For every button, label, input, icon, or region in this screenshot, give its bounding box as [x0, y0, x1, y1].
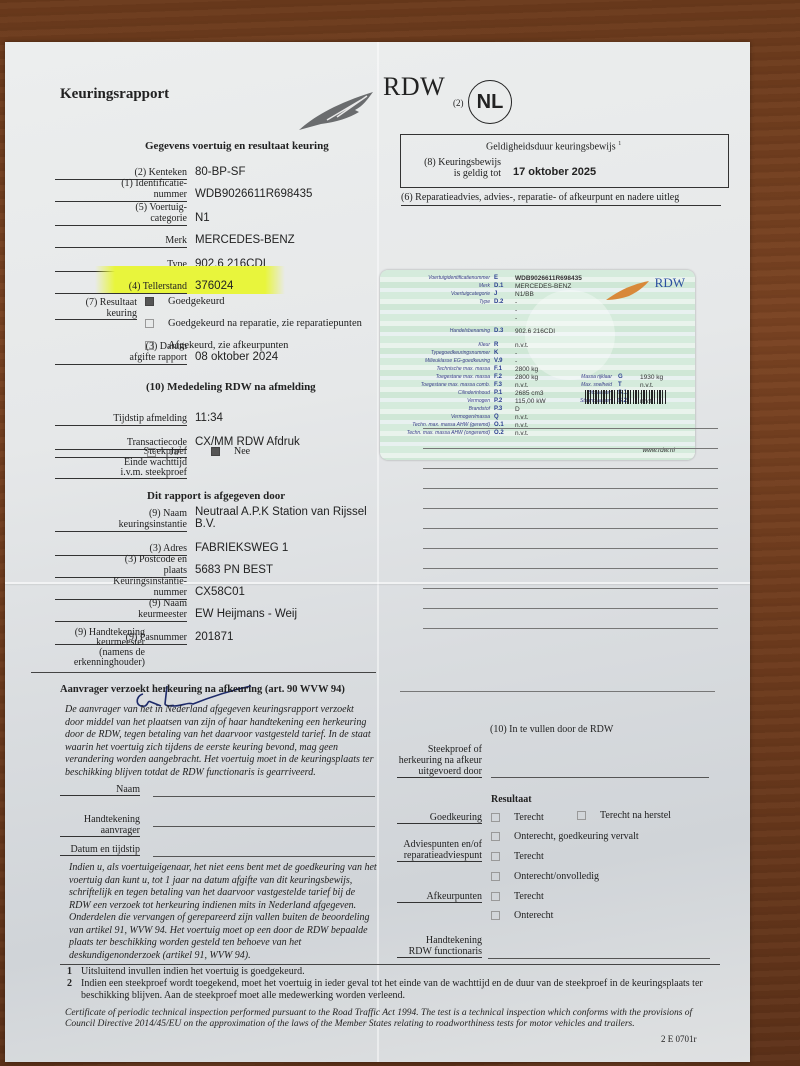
card-code: D.1	[494, 283, 503, 289]
card-label: Toegestane max. massa comb.	[380, 382, 490, 388]
request-field-input[interactable]	[153, 826, 375, 827]
card-code: P.2	[494, 398, 502, 404]
divider	[31, 672, 376, 673]
card-code: K	[494, 350, 498, 356]
card-value: MERCEDES-BENZ	[515, 283, 571, 290]
goedkeuring-label: Goedkeuring	[397, 812, 482, 824]
card-value: -	[515, 350, 517, 357]
result-label: (7) Resultaat keuring	[55, 297, 137, 320]
card-code: F.2	[494, 374, 502, 380]
card-value: -	[515, 315, 517, 322]
divider	[60, 964, 720, 965]
card-label: Type	[380, 299, 490, 305]
vehicle-section-heading: Gegevens voertuig en resultaat keuring	[145, 140, 329, 152]
field-label: (4) Tellerstand	[55, 281, 187, 294]
remarks-line[interactable]	[400, 691, 715, 692]
card-label: Kleur	[380, 342, 490, 348]
remarks-line[interactable]	[423, 448, 718, 449]
remarks-line[interactable]	[423, 628, 718, 629]
card-watermark	[525, 290, 615, 380]
card-code: R	[494, 342, 498, 348]
checkbox[interactable]	[491, 872, 500, 881]
card-label: Technische max. massa	[380, 366, 490, 372]
issuer-heading: Dit rapport is afgegeven door	[147, 490, 285, 502]
card-label: Vermogen	[380, 398, 490, 404]
card-code: D.3	[494, 328, 503, 334]
remarks-line[interactable]	[423, 428, 718, 429]
rdw-notice-heading: (10) Mededeling RDW na afmelding	[146, 381, 316, 393]
checkbox[interactable]	[491, 852, 500, 861]
card-code: J	[494, 291, 497, 297]
card-code: T	[618, 382, 622, 388]
remarks-line[interactable]	[423, 608, 718, 609]
goedkeuring-option[interactable]: Onterecht, goedkeuring vervalt	[491, 831, 639, 842]
footnote-2: 2Indien een steekproef wordt toegekend, …	[67, 978, 707, 1002]
repair-advice-heading: (6) Reparatieadvies, advies-, reparatie-…	[401, 192, 721, 206]
card-value: 902.6 216CDI	[515, 328, 555, 335]
result-option[interactable]: Goedgekeurd	[145, 296, 225, 307]
reinspection-heading: Aanvrager verzoekt herkeuring na afkeuri…	[60, 684, 345, 695]
steekproef-option-yes[interactable]: Ja2	[147, 446, 181, 457]
card-value: N1/BB	[515, 291, 534, 298]
result-heading: Resultaat	[491, 794, 532, 805]
rdw-signature-field[interactable]	[488, 958, 710, 959]
footnote-1: 1Uitsluitend invullen indien het voertui…	[67, 966, 707, 978]
validity-box: Geldigheidsduur keuringsbewijs 1 (8) Keu…	[400, 134, 729, 188]
goedkeuring-option[interactable]: Terecht na herstel	[577, 810, 671, 821]
card-label: Handelsbenaming	[380, 328, 490, 334]
card-label: Merk	[380, 283, 490, 289]
field-value: Neutraal A.P.K Station van Rijssel B.V.	[195, 506, 385, 530]
checkbox[interactable]	[491, 892, 500, 901]
card-label: Vermogen/massa	[380, 414, 490, 420]
registration-card: RDW VoertuigidentificatienummerEWDB90266…	[380, 270, 695, 460]
issue-date-value: 08 oktober 2024	[195, 351, 278, 363]
certificate-text: Certificate of periodic technical inspec…	[65, 1008, 705, 1030]
performed-by-label: Steekproef ofherkeuring na afkeuruitgevo…	[397, 744, 482, 778]
issue-date-row: (3) Datumafgifte rapport 08 oktober 2024	[55, 337, 385, 365]
card-code: G	[618, 374, 623, 380]
validity-date: 17 oktober 2025	[513, 166, 596, 178]
rdw-feather-logo-icon	[297, 90, 377, 132]
card-label: Brandstof	[380, 406, 490, 412]
remarks-line[interactable]	[423, 528, 718, 529]
card-label: Voertuigcategorie	[380, 291, 490, 297]
card-code: F.1	[494, 366, 502, 372]
form-code: 2 E 0701r	[661, 1034, 697, 1044]
rdw-signature-label: HandtekeningRDW functionaris	[397, 935, 482, 958]
card-value: n.v.t.	[515, 430, 529, 437]
document-title: Keuringsrapport	[60, 86, 169, 103]
card-label: Cilinderinhoud	[380, 390, 490, 396]
checkbox[interactable]	[491, 911, 500, 920]
card-value: -	[515, 299, 517, 306]
card-code: D.2	[494, 299, 503, 305]
checkbox[interactable]	[491, 813, 500, 822]
request-field-input[interactable]	[153, 856, 375, 857]
advies-option[interactable]: Onterecht/onvolledig	[491, 871, 599, 882]
card-label: Max. snelheid	[530, 382, 612, 388]
issue-date-label: (3) Datumafgifte rapport	[55, 341, 187, 365]
validity-heading: Geldigheidsduur keuringsbewijs 1	[486, 141, 621, 152]
card-label: Techn. max. massa AHW (ongeremd)	[380, 430, 490, 436]
goedkeuring-option[interactable]: Terecht	[491, 812, 544, 823]
advies-option[interactable]: Terecht	[491, 851, 544, 862]
card-value: -	[515, 358, 517, 365]
field-value: 376024	[195, 280, 233, 292]
card-code: P.1	[494, 390, 502, 396]
field-value: 201871	[195, 631, 233, 643]
card-value: D	[515, 406, 520, 413]
advies-label: Advies­punten en/ofreparatieadviespunt	[397, 839, 482, 862]
card-value: n.v.t.	[515, 414, 529, 421]
card-label: Massa rijklaar	[530, 374, 612, 380]
request-field-label: Naam	[60, 784, 140, 796]
signature-label: (9) Handtekeningkeurmeester(namens deerk…	[55, 628, 145, 668]
validity-label: (8) Keuringsbewijsis geldig tot	[411, 157, 501, 179]
checkbox[interactable]	[491, 832, 500, 841]
card-label: Toegestane max. massa	[380, 374, 490, 380]
steekproef-option-no[interactable]: Nee	[211, 446, 250, 457]
performed-by-field[interactable]	[491, 777, 709, 778]
card-value: 1930 kg	[640, 374, 663, 381]
card-label: Milieuklasse EG-goedkeuring	[380, 358, 490, 364]
remarks-line[interactable]	[423, 468, 718, 469]
request-field-label: Datum en tijdstip	[60, 844, 140, 856]
card-code: P.3	[494, 406, 502, 412]
card-code: F.3	[494, 382, 502, 388]
card-value: 2800 kg	[515, 366, 538, 373]
inspection-report-sheet: Keuringsrapport RDW (2) NL Gegevens voer…	[5, 42, 750, 1062]
checkbox-checked[interactable]	[211, 447, 220, 456]
checkbox[interactable]	[147, 448, 156, 457]
checkbox[interactable]	[577, 811, 586, 820]
barcode	[585, 390, 667, 404]
afkeur-option[interactable]: Onterecht	[491, 910, 553, 921]
remarks-line[interactable]	[423, 488, 718, 489]
card-value: n.v.t.	[515, 382, 529, 389]
card-rdw-brand: RDW	[655, 275, 685, 291]
card-value: WDB9026611R698435	[515, 275, 582, 282]
checkbox-checked[interactable]	[145, 297, 154, 306]
card-label: Voertuigidentificatienummer	[380, 275, 490, 281]
rdw-brand: RDW	[383, 72, 445, 102]
card-value: -	[515, 307, 517, 314]
afkeur-label: Afkeurpunten	[397, 891, 482, 903]
result-option[interactable]: Goedgekeurd na reparatie, zie reparatiep…	[145, 318, 362, 329]
card-value: n.v.t.	[640, 382, 654, 389]
card-code: E	[494, 275, 498, 281]
remarks-line[interactable]	[423, 568, 718, 569]
card-code: O.2	[494, 430, 504, 436]
card-code: Q	[494, 414, 499, 420]
checkbox[interactable]	[145, 319, 154, 328]
field-row: (4) Tellerstand376024	[55, 266, 385, 294]
request-field-input[interactable]	[153, 796, 375, 797]
card-code: V.9	[494, 358, 502, 364]
card-feather-logo-icon	[605, 280, 650, 302]
request-field-label: Handtekening aanvrager	[60, 814, 140, 837]
owner-notice-text: Indien u, als voertuigeigenaar, het niet…	[69, 862, 379, 962]
remarks-line[interactable]	[423, 548, 718, 549]
rdw-fill-heading: (10) In te vullen door de RDW	[490, 724, 613, 735]
afkeur-option[interactable]: Terecht	[491, 891, 544, 902]
wachttijd-label: Einde wachttijdi.v.m. steekproef	[55, 458, 187, 479]
card-value: n.v.t.	[515, 342, 529, 349]
reinspection-text: De aanvrager van het in Nederland afgege…	[65, 704, 375, 779]
card-label: Typegoedkeuringsnummer	[380, 350, 490, 356]
country-badge: NL	[468, 80, 512, 124]
remarks-line[interactable]	[423, 508, 718, 509]
country-footnote: (2)	[453, 98, 464, 108]
remarks-line[interactable]	[423, 588, 718, 589]
